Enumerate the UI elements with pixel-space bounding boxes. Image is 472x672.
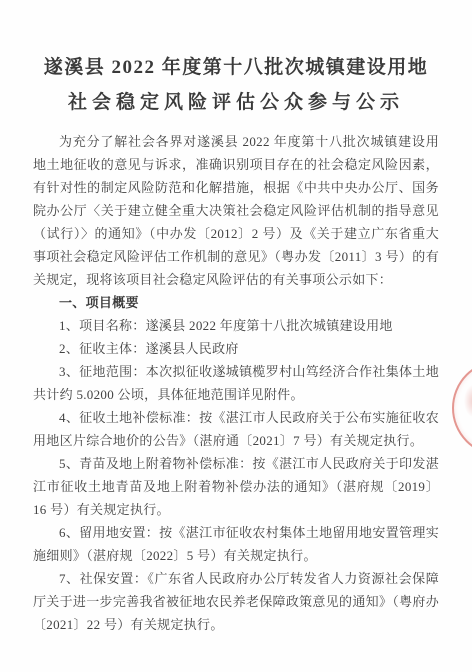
section-heading-project-overview: 一、项目概要 — [33, 291, 439, 314]
document-title-line1: 遂溪县 2022 年度第十八批次城镇建设用地 — [33, 54, 439, 81]
scanned-notice-page: 遂溪县 2022 年度第十八批次城镇建设用地 社会稳定风险评估公众参与公示 为充… — [0, 0, 472, 672]
document-content: 遂溪县 2022 年度第十八批次城镇建设用地 社会稳定风险评估公众参与公示 为充… — [33, 54, 439, 636]
item-social-security-resettlement: 7、社保安置：《广东省人民政府办公厅转发省人力资源社会保障厅关于进一步完善我省被… — [33, 567, 439, 636]
item-project-name: 1、项目名称：遂溪县 2022 年度第十八批次城镇建设用地 — [33, 314, 439, 337]
item-reserved-land-resettlement: 6、留用地安置：按《湛江市征收农村集体土地留用地安置管理实施细则》（湛府规〔20… — [33, 521, 439, 567]
document-title-line2: 社会稳定风险评估公众参与公示 — [33, 89, 439, 116]
official-red-seal — [452, 360, 472, 456]
document-body: 为充分了解社会各界对遂溪县 2022 年度第十八批次城镇建设用地土地征收的意见与… — [33, 130, 439, 636]
item-expropriation-subject: 2、征收主体：遂溪县人民政府 — [33, 337, 439, 360]
item-crops-attachments-compensation: 5、青苗及地上附着物补偿标准：按《湛江市人民政府关于印发湛江市征收土地青苗及地上… — [33, 452, 439, 521]
intro-paragraph: 为充分了解社会各界对遂溪县 2022 年度第十八批次城镇建设用地土地征收的意见与… — [33, 130, 439, 291]
item-land-compensation-standard: 4、征收土地补偿标准：按《湛江市人民政府关于公布实施征收农用地区片综合地价的公告… — [33, 406, 439, 452]
item-land-scope: 3、征地范围：本次拟征收遂城镇榄罗村山笃经济合作社集体土地共计约 5.0200 … — [33, 360, 439, 406]
